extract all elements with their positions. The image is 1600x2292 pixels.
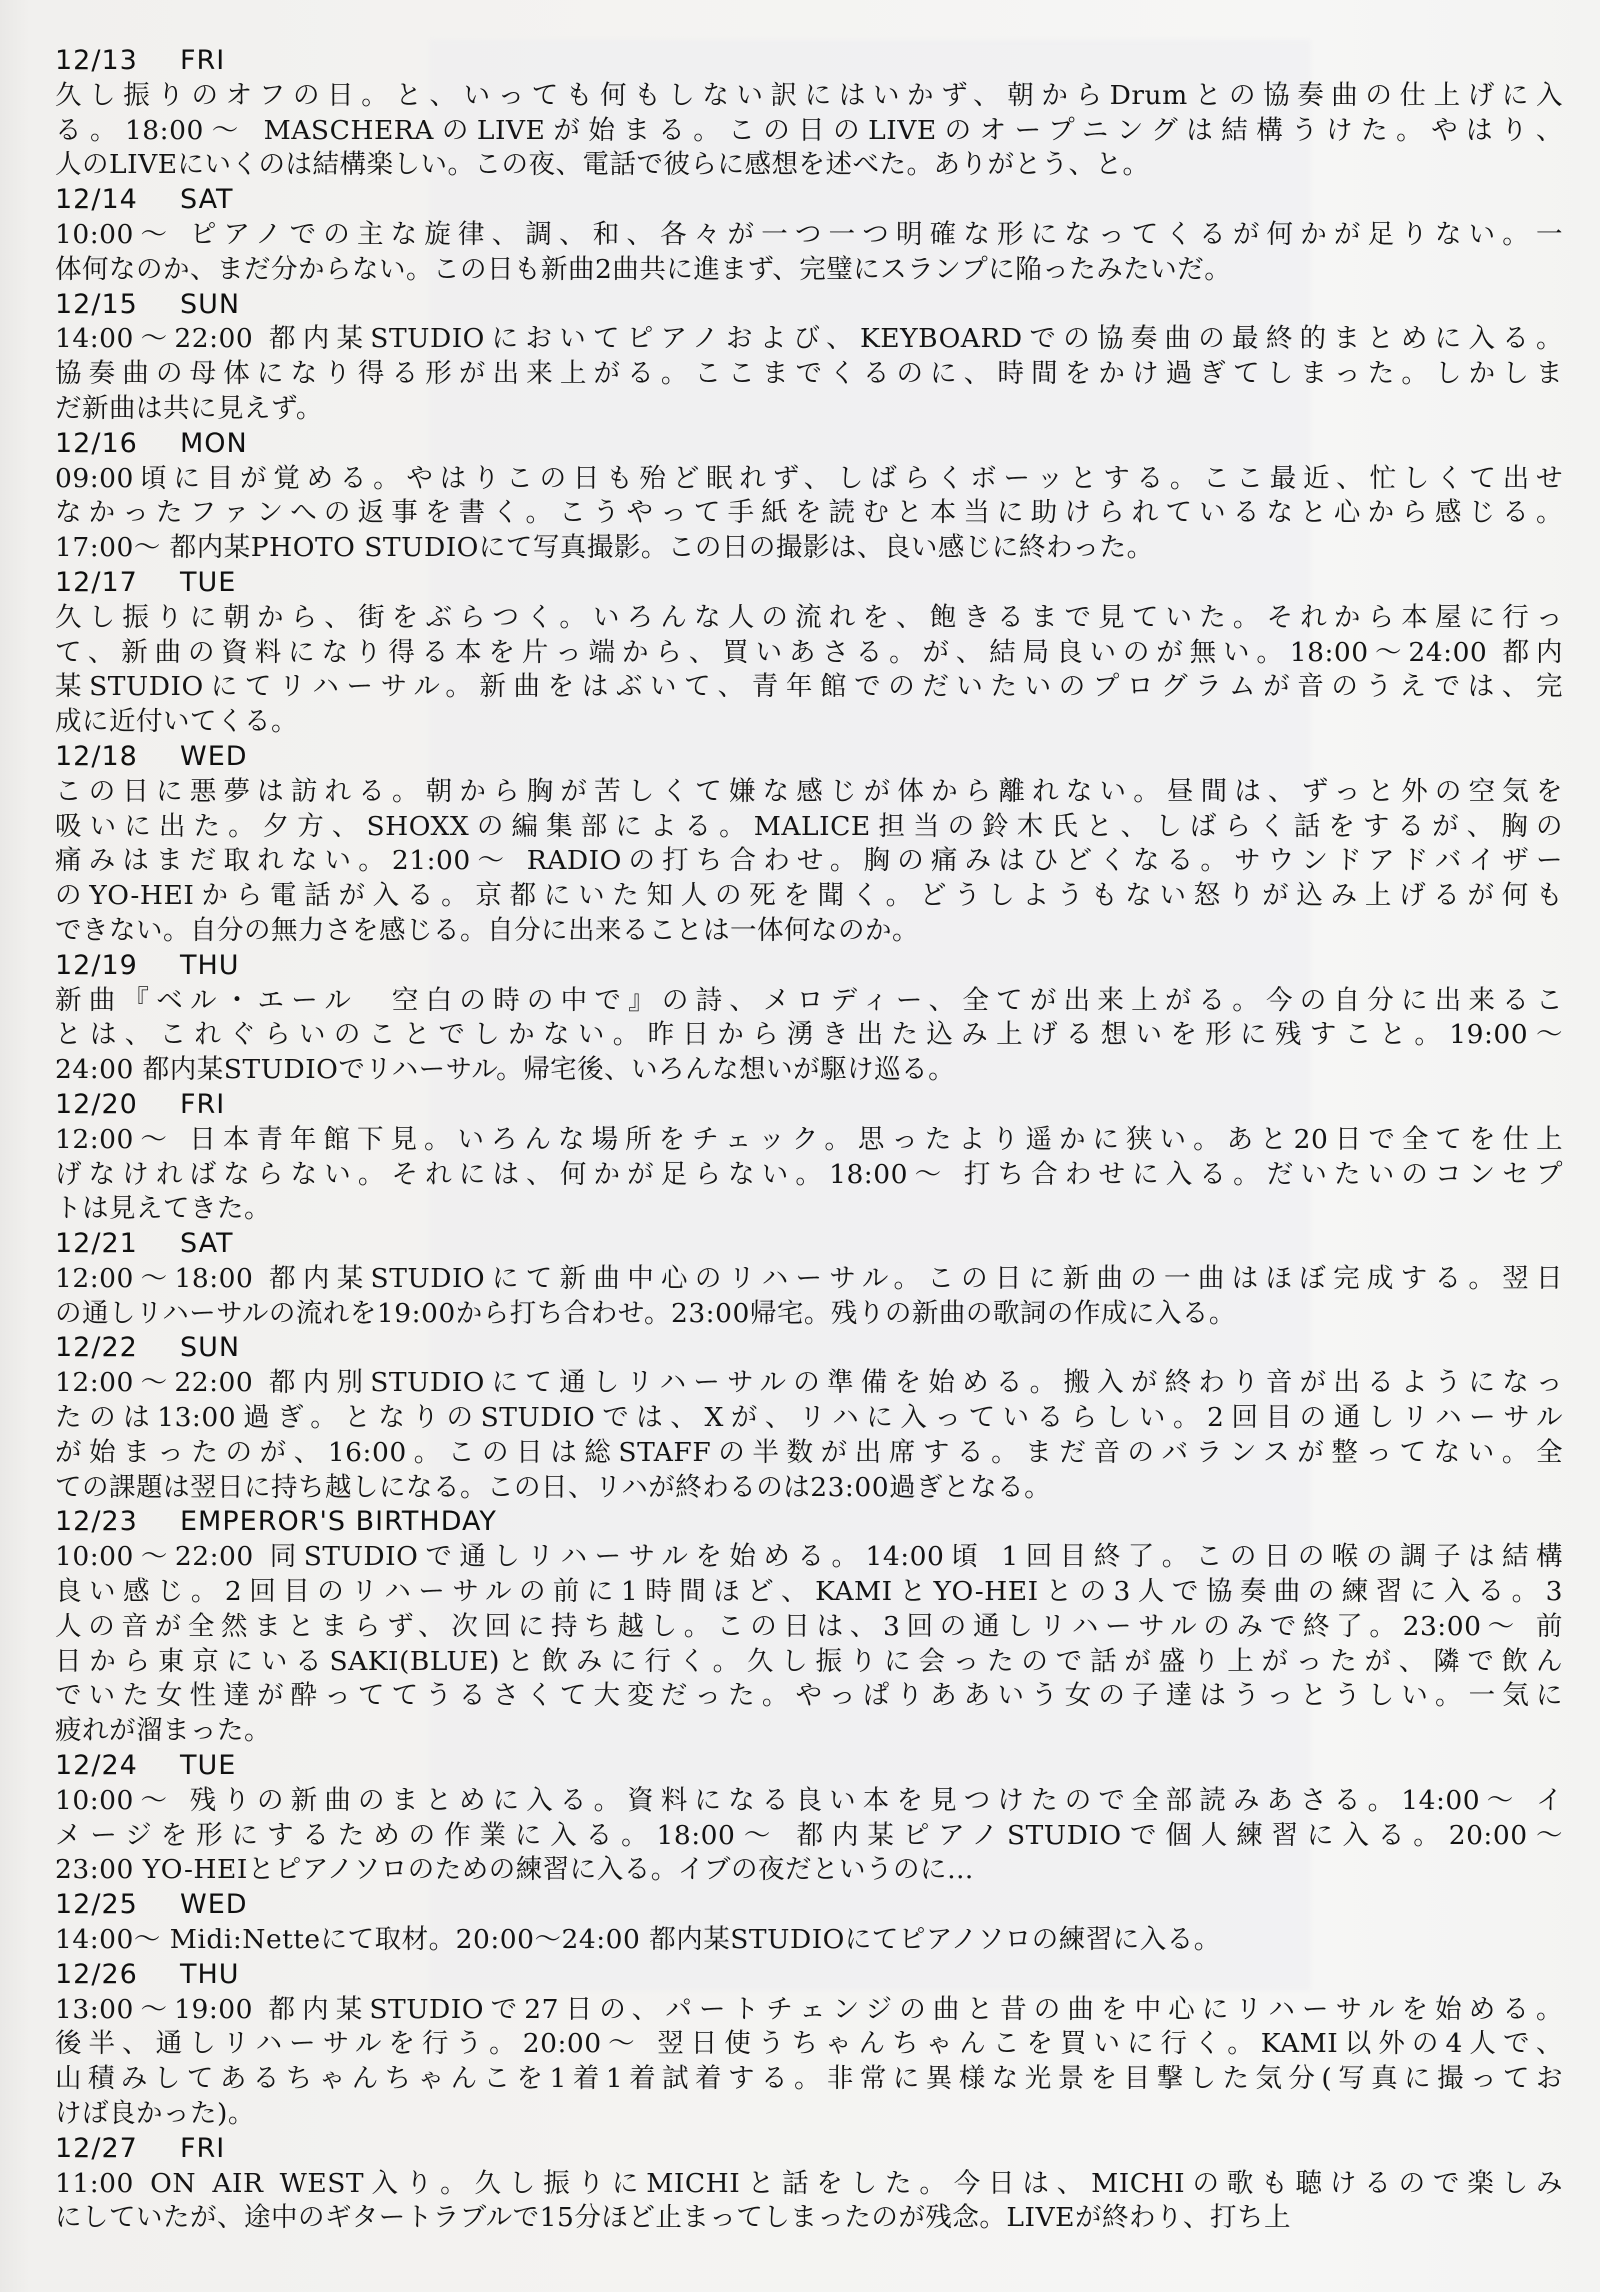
entry-header: 12/14SAT bbox=[55, 183, 1563, 218]
entry-text-line: 新曲『ベル・エール 空白の時の中で』の詩、メロディー、全てが出来上がる。今の自分… bbox=[55, 984, 1563, 1019]
entry-text-line: たのは13:00過ぎ。となりのSTUDIOでは、Xが、リハに入っているらしい。2… bbox=[55, 1401, 1563, 1436]
entry-text-line: メージを形にするための作業に入る。18:00〜 都内某ピアノSTUDIOで個人練… bbox=[55, 1819, 1563, 1854]
entry-header: 12/27FRI bbox=[55, 2132, 1563, 2167]
entry-day: WED bbox=[180, 741, 248, 772]
entry-text-line: 17:00〜 都内某PHOTO STUDIOにて写真撮影。この日の撮影は、良い感… bbox=[55, 531, 1563, 566]
entry-text-line: 12:00〜22:00 都内別STUDIOにて通しリハーサルの準備を始める。搬入… bbox=[55, 1366, 1563, 1401]
entry-body: 14:00〜22:00 都内某STUDIOにおいてピアノおよび、KEYBOARD… bbox=[55, 322, 1563, 426]
entry-day: THU bbox=[180, 950, 240, 981]
entry-header: 12/16MON bbox=[55, 427, 1563, 462]
entry-text-line: 10:00〜 ピアノでの主な旋律、調、和、各々が一つ一つ明確な形になってくるが何… bbox=[55, 218, 1563, 253]
entry-date: 12/19 bbox=[55, 949, 180, 984]
entry-text-line: だ新曲は共に見えず。 bbox=[55, 392, 1563, 427]
entry-date: 12/21 bbox=[55, 1227, 180, 1262]
entry-date: 12/20 bbox=[55, 1088, 180, 1123]
entry-text-line: 痛みはまだ取れない。21:00〜 RADIOの打ち合わせ。胸の痛みはひどくなる。… bbox=[55, 844, 1563, 879]
entry-text-line: て、新曲の資料になり得る本を片っ端から、買いあさる。が、結局良いのが無い。18:… bbox=[55, 636, 1563, 671]
diary-entry-12-14: 12/14SAT 10:00〜 ピアノでの主な旋律、調、和、各々が一つ一つ明確な… bbox=[55, 183, 1563, 287]
entry-text-line: 人のLIVEにいくのは結構楽しい。この夜、電話で彼らに感想を述べた。ありがとう、… bbox=[55, 148, 1563, 183]
entry-day: FRI bbox=[180, 45, 225, 76]
entry-date: 12/18 bbox=[55, 740, 180, 775]
entry-text-line: 久し振りに朝から、街をぶらつく。いろんな人の流れを、飽きるまで見ていた。それから… bbox=[55, 601, 1563, 636]
diary-entry-12-16: 12/16MON 09:00頃に目が覚める。やはりこの日も殆ど眠れず、しばらくボ… bbox=[55, 427, 1563, 566]
diary-content: 12/13FRI 久し振りのオフの日。と、いっても何もしない訳にはいかず、朝から… bbox=[55, 44, 1563, 2236]
entry-text-line: 23:00 YO-HEIとピアノソロのための練習に入る。イブの夜だというのに… bbox=[55, 1853, 1563, 1888]
entry-day: FRI bbox=[180, 1089, 225, 1120]
entry-text-line: 13:00〜19:00 都内某STUDIOで27日の、パートチェンジの曲と昔の曲… bbox=[55, 1993, 1563, 2028]
entry-text-line: 後半、通しリハーサルを行う。20:00〜 翌日使うちゃんちゃんこを買いに行く。K… bbox=[55, 2027, 1563, 2062]
entry-header: 12/24TUE bbox=[55, 1749, 1563, 1784]
entry-text-line: 成に近付いてくる。 bbox=[55, 705, 1563, 740]
entry-text-line: 24:00 都内某STUDIOでリハーサル。帰宅後、いろんな想いが駆け巡る。 bbox=[55, 1053, 1563, 1088]
entry-body: 10:00〜 ピアノでの主な旋律、調、和、各々が一つ一つ明確な形になってくるが何… bbox=[55, 218, 1563, 288]
entry-header: 12/21SAT bbox=[55, 1227, 1563, 1262]
entry-text-line: 吸いに出た。夕方、SHOXXの編集部による。MALICE担当の鈴木氏と、しばらく… bbox=[55, 810, 1563, 845]
diary-entry-12-25: 12/25WED 14:00〜 Midi:Netteにて取材。20:00〜24:… bbox=[55, 1888, 1563, 1958]
entry-text-line: 某STUDIOにてリハーサル。新曲をはぶいて、青年館でのだいたいのプログラムが音… bbox=[55, 670, 1563, 705]
entry-text-line: 09:00頃に目が覚める。やはりこの日も殆ど眠れず、しばらくボーッとする。ここ最… bbox=[55, 462, 1563, 497]
entry-header: 12/13FRI bbox=[55, 44, 1563, 79]
entry-body: 久し振りに朝から、街をぶらつく。いろんな人の流れを、飽きるまで見ていた。それから… bbox=[55, 601, 1563, 740]
entry-text-line: 14:00〜22:00 都内某STUDIOにおいてピアノおよび、KEYBOARD… bbox=[55, 322, 1563, 357]
entry-header: 12/20FRI bbox=[55, 1088, 1563, 1123]
entry-day: THU bbox=[180, 1959, 240, 1990]
diary-entry-12-22: 12/22SUN 12:00〜22:00 都内別STUDIOにて通しリハーサルの… bbox=[55, 1331, 1563, 1505]
entry-text-line: る。18:00〜 MASCHERAのLIVEが始まる。この日のLIVEのオープニ… bbox=[55, 114, 1563, 149]
entry-text-line: ての課題は翌日に持ち越しになる。この日、リハが終わるのは23:00過ぎとなる。 bbox=[55, 1471, 1563, 1506]
entry-text-line: 人の音が全然まとまらず、次回に持ち越し。この日は、3回の通しリハーサルのみで終了… bbox=[55, 1610, 1563, 1645]
entry-text-line: 12:00〜18:00 都内某STUDIOにて新曲中心のリハーサル。この日に新曲… bbox=[55, 1262, 1563, 1297]
entry-day: SUN bbox=[180, 1332, 240, 1363]
entry-header: 12/19THU bbox=[55, 949, 1563, 984]
entry-date: 12/15 bbox=[55, 288, 180, 323]
entry-body: 新曲『ベル・エール 空白の時の中で』の詩、メロディー、全てが出来上がる。今の自分… bbox=[55, 984, 1563, 1088]
entry-day: WED bbox=[180, 1889, 248, 1920]
entry-text-line: 日から東京にいるSAKI(BLUE)と飲みに行く。久し振りに会ったので話が盛り上… bbox=[55, 1645, 1563, 1680]
entry-date: 12/13 bbox=[55, 44, 180, 79]
entry-text-line: の通しリハーサルの流れを19:00から打ち合わせ。23:00帰宅。残りの新曲の歌… bbox=[55, 1297, 1563, 1332]
entry-text-line: 協奏曲の母体になり得る形が出来上がる。ここまでくるのに、時間をかけ過ぎてしまった… bbox=[55, 357, 1563, 392]
entry-body: 久し振りのオフの日。と、いっても何もしない訳にはいかず、朝からDrumとの協奏曲… bbox=[55, 79, 1563, 183]
entry-text-line: 山積みしてあるちゃんちゃんこを1着1着試着する。非常に異様な光景を目撃した気分(… bbox=[55, 2062, 1563, 2097]
entry-date: 12/16 bbox=[55, 427, 180, 462]
entry-body: 12:00〜22:00 都内別STUDIOにて通しリハーサルの準備を始める。搬入… bbox=[55, 1366, 1563, 1505]
diary-entry-12-19: 12/19THU 新曲『ベル・エール 空白の時の中で』の詩、メロディー、全てが出… bbox=[55, 949, 1563, 1088]
diary-entry-12-15: 12/15SUN 14:00〜22:00 都内某STUDIOにおいてピアノおよび… bbox=[55, 288, 1563, 427]
entry-header: 12/22SUN bbox=[55, 1331, 1563, 1366]
entry-text-line: 12:00〜 日本青年館下見。いろんな場所をチェック。思ったより遥かに狭い。あと… bbox=[55, 1123, 1563, 1158]
entry-body: 12:00〜 日本青年館下見。いろんな場所をチェック。思ったより遥かに狭い。あと… bbox=[55, 1123, 1563, 1227]
entry-text-line: できない。自分の無力さを感じる。自分に出来ることは一体何なのか。 bbox=[55, 914, 1563, 949]
entry-text-line: 良い感じ。2回目のリハーサルの前に1時間ほど、KAMIとYO-HEIとの3人で協… bbox=[55, 1575, 1563, 1610]
entry-text-line: 疲れが溜まった。 bbox=[55, 1714, 1563, 1749]
entry-text-line: この日に悪夢は訪れる。朝から胸が苦しくて嫌な感じが体から離れない。昼間は、ずっと… bbox=[55, 775, 1563, 810]
diary-entry-12-21: 12/21SAT 12:00〜18:00 都内某STUDIOにて新曲中心のリハー… bbox=[55, 1227, 1563, 1331]
entry-day: MON bbox=[180, 428, 248, 459]
entry-header: 12/23EMPEROR'S BIRTHDAY bbox=[55, 1505, 1563, 1540]
entry-text-line: げなければならない。それには、何かが足らない。18:00〜 打ち合わせに入る。だ… bbox=[55, 1158, 1563, 1193]
entry-text-line: けば良かった)。 bbox=[55, 2097, 1563, 2132]
entry-body: 10:00〜 残りの新曲のまとめに入る。資料になる良い本を見つけたので全部読みあ… bbox=[55, 1784, 1563, 1888]
entry-day: TUE bbox=[180, 1750, 236, 1781]
entry-day: SAT bbox=[180, 184, 234, 215]
entry-date: 12/14 bbox=[55, 183, 180, 218]
entry-text-line: 11:00 ON AIR WEST入り。久し振りにMICHIと話をした。今日は、… bbox=[55, 2167, 1563, 2202]
entry-text-line: トは見えてきた。 bbox=[55, 1192, 1563, 1227]
entry-date: 12/23 bbox=[55, 1505, 180, 1540]
entry-date: 12/25 bbox=[55, 1888, 180, 1923]
entry-text-line: のYO-HEIから電話が入る。京都にいた知人の死を聞く。どうしようもない怒りが込… bbox=[55, 879, 1563, 914]
entry-text-line: 久し振りのオフの日。と、いっても何もしない訳にはいかず、朝からDrumとの協奏曲… bbox=[55, 79, 1563, 114]
entry-body: 11:00 ON AIR WEST入り。久し振りにMICHIと話をした。今日は、… bbox=[55, 2167, 1563, 2237]
entry-date: 12/27 bbox=[55, 2132, 180, 2167]
entry-text-line: 体何なのか、まだ分からない。この日も新曲2曲共に進まず、完璧にスランプに陥ったみ… bbox=[55, 253, 1563, 288]
entry-body: 09:00頃に目が覚める。やはりこの日も殆ど眠れず、しばらくボーッとする。ここ最… bbox=[55, 462, 1563, 566]
entry-header: 12/26THU bbox=[55, 1958, 1563, 1993]
diary-entry-12-18: 12/18WED この日に悪夢は訪れる。朝から胸が苦しくて嫌な感じが体から離れな… bbox=[55, 740, 1563, 949]
diary-entry-12-23: 12/23EMPEROR'S BIRTHDAY 10:00〜22:00 同STU… bbox=[55, 1505, 1563, 1749]
entry-text-line: なかったファンへの返事を書く。こうやって手紙を読むと本当に助けられているなと心か… bbox=[55, 496, 1563, 531]
entry-header: 12/25WED bbox=[55, 1888, 1563, 1923]
entry-body: 14:00〜 Midi:Netteにて取材。20:00〜24:00 都内某STU… bbox=[55, 1923, 1563, 1958]
entry-header: 12/17TUE bbox=[55, 566, 1563, 601]
entry-body: この日に悪夢は訪れる。朝から胸が苦しくて嫌な感じが体から離れない。昼間は、ずっと… bbox=[55, 775, 1563, 949]
entry-text-line: 14:00〜 Midi:Netteにて取材。20:00〜24:00 都内某STU… bbox=[55, 1923, 1563, 1958]
entry-header: 12/18WED bbox=[55, 740, 1563, 775]
entry-body: 13:00〜19:00 都内某STUDIOで27日の、パートチェンジの曲と昔の曲… bbox=[55, 1993, 1563, 2132]
entry-text-line: 10:00〜 残りの新曲のまとめに入る。資料になる良い本を見つけたので全部読みあ… bbox=[55, 1784, 1563, 1819]
entry-date: 12/24 bbox=[55, 1749, 180, 1784]
entry-body: 12:00〜18:00 都内某STUDIOにて新曲中心のリハーサル。この日に新曲… bbox=[55, 1262, 1563, 1332]
entry-day: FRI bbox=[180, 2133, 225, 2164]
entry-date: 12/22 bbox=[55, 1331, 180, 1366]
diary-entry-12-13: 12/13FRI 久し振りのオフの日。と、いっても何もしない訳にはいかず、朝から… bbox=[55, 44, 1563, 183]
diary-entry-12-20: 12/20FRI 12:00〜 日本青年館下見。いろんな場所をチェック。思ったよ… bbox=[55, 1088, 1563, 1227]
entry-date: 12/17 bbox=[55, 566, 180, 601]
diary-entry-12-24: 12/24TUE 10:00〜 残りの新曲のまとめに入る。資料になる良い本を見つ… bbox=[55, 1749, 1563, 1888]
entry-day: SUN bbox=[180, 289, 240, 320]
entry-text-line: にしていたが、途中のギタートラブルで15分ほど止まってしまったのが残念。LIVE… bbox=[55, 2201, 1563, 2236]
diary-entry-12-17: 12/17TUE 久し振りに朝から、街をぶらつく。いろんな人の流れを、飽きるまで… bbox=[55, 566, 1563, 740]
diary-entry-12-26: 12/26THU 13:00〜19:00 都内某STUDIOで27日の、パートチ… bbox=[55, 1958, 1563, 2132]
entry-date: 12/26 bbox=[55, 1958, 180, 1993]
entry-day: TUE bbox=[180, 567, 236, 598]
entry-body: 10:00〜22:00 同STUDIOで通しリハーサルを始める。14:00頃 1… bbox=[55, 1540, 1563, 1749]
entry-text-line: とは、これぐらいのことでしかない。昨日から湧き出た込み上げる想いを形に残すこと。… bbox=[55, 1018, 1563, 1053]
entry-text-line: が始まったのが、16:00。この日は総STAFFの半数が出席する。まだ音のバラン… bbox=[55, 1436, 1563, 1471]
entry-day: SAT bbox=[180, 1228, 234, 1259]
entry-text-line: 10:00〜22:00 同STUDIOで通しリハーサルを始める。14:00頃 1… bbox=[55, 1540, 1563, 1575]
entry-text-line: でいた女性達が酔っててうるさくて大変だった。やっぱりああいう女の子達はうっとうし… bbox=[55, 1679, 1563, 1714]
diary-entry-12-27: 12/27FRI 11:00 ON AIR WEST入り。久し振りにMICHIと… bbox=[55, 2132, 1563, 2236]
entry-day: EMPEROR'S BIRTHDAY bbox=[180, 1506, 497, 1537]
entry-header: 12/15SUN bbox=[55, 288, 1563, 323]
